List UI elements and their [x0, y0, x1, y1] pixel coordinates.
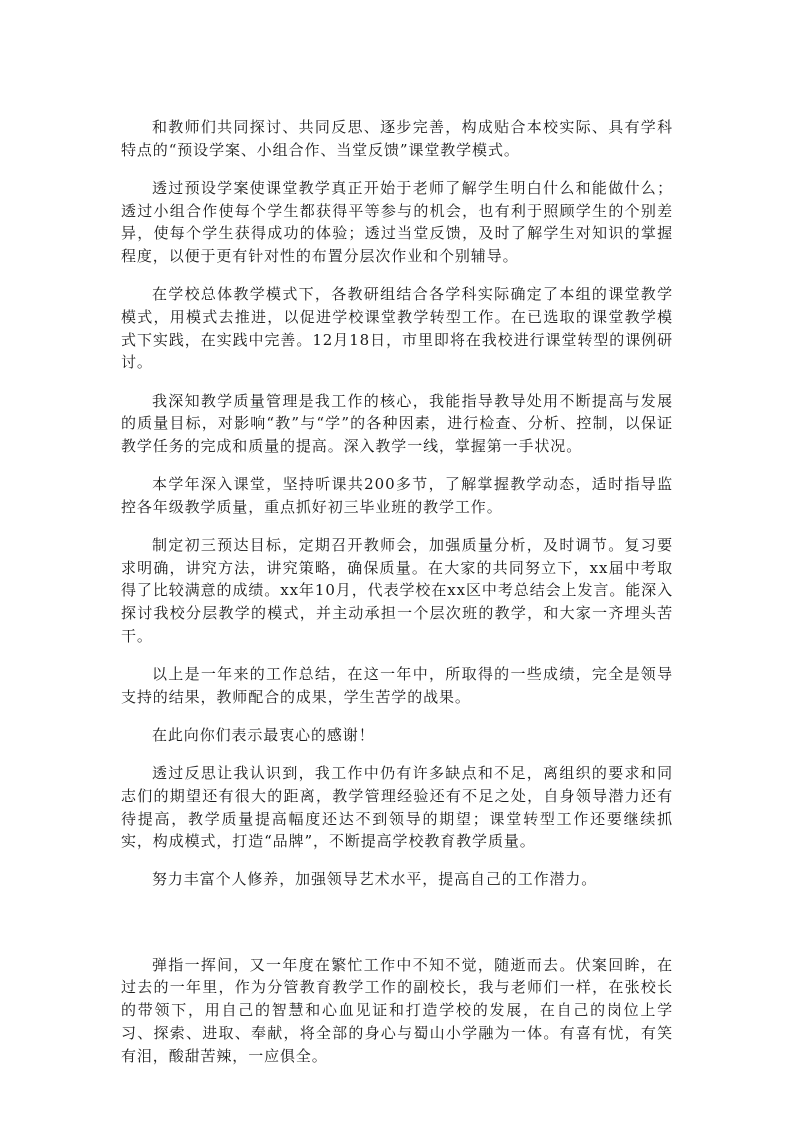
paragraph-grade-nine-goals: 制定初三预达目标，定期召开教师会，加强质量分析，及时调节。复习要求明确，讲究方法… [121, 534, 673, 648]
paragraph-thanks: 在此向你们表示最衷心的感谢！ [121, 724, 673, 747]
paragraph-self-improvement: 努力丰富个人修养，加强领导艺术水平，提高自己的工作潜力。 [121, 868, 673, 891]
section-gap [121, 907, 673, 954]
paragraph-teaching-model: 和教师们共同探讨、共同反思、逐步完善，构成贴合本校实际、具有学科特点的“预设学案… [121, 116, 673, 161]
paragraph-classroom-visits: 本学年深入课堂，坚持听课共200多节，了解掌握教学动态，适时指导监控各年级教学质… [121, 473, 673, 518]
paragraph-year-review: 弹指一挥间，又一年度在繁忙工作中不知不觉，随逝而去。伏案回眸，在过去的一年里，作… [121, 954, 673, 1068]
paragraph-reflection: 透过反思让我认识到，我工作中仍有许多缺点和不足，离组织的要求和同志们的期望还有很… [121, 762, 673, 853]
paragraph-summary: 以上是一年来的工作总结，在这一年中，所取得的一些成绩，完全是领导支持的结果，教师… [121, 663, 673, 708]
document-page: 和教师们共同探讨、共同反思、逐步完善，构成贴合本校实际、具有学科特点的“预设学案… [121, 116, 673, 1083]
paragraph-preset-plan: 透过预设学案使课堂教学真正开始于老师了解学生明白什么和能做什么；透过小组合作使每… [121, 177, 673, 268]
paragraph-quality-management: 我深知教学质量管理是我工作的核心，我能指导教导处用不断提高与发展的质量目标，对影… [121, 390, 673, 458]
paragraph-research-groups: 在学校总体教学模式下，各教研组结合各学科实际确定了本组的课堂教学模式，用模式去推… [121, 283, 673, 374]
